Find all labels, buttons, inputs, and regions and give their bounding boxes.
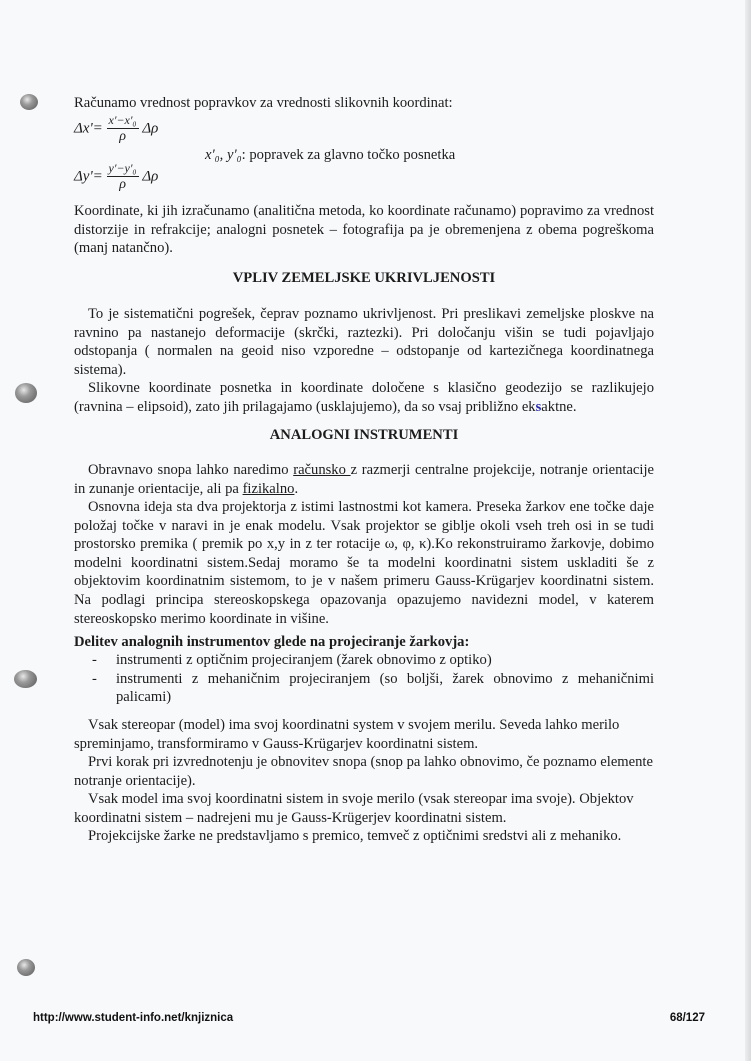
- paragraph-analogni-6: Projekcijske žarke ne predstavljamo s pr…: [74, 827, 654, 846]
- section-title-ukrivljenost: VPLIV ZEMELJSKE UKRIVLJENOSTI: [74, 270, 654, 287]
- intro-text: Računamo vrednost popravkov za vrednosti…: [74, 94, 654, 113]
- paragraph-ukrivljenost-1: To je sistematični pogrešek, čeprav pozn…: [74, 305, 654, 379]
- punch-hole-1: [20, 94, 38, 110]
- punch-hole-3: [14, 670, 37, 688]
- formula-dx-numerator: x'−x'₀: [107, 113, 139, 129]
- paragraph-analogni-5: Vsak model ima svoj koordinatni sistem i…: [74, 790, 654, 827]
- paragraph-koordinate: Koordinate, ki jih izračunamo (analitičn…: [74, 202, 654, 258]
- formula-dy-rhs: Δρ: [142, 168, 158, 184]
- dash-bullet-icon: -: [92, 670, 97, 689]
- formula-dx-rhs: Δρ: [142, 120, 158, 136]
- division-title: Delitev analognih instrumentov glede na …: [74, 633, 654, 652]
- formula-note-text: : popravek za glavno točko posnetka: [242, 147, 456, 163]
- formula-note: x'₀, y'₀: popravek za glavno točko posne…: [205, 147, 455, 164]
- paragraph-text: aktne.: [541, 399, 576, 415]
- formula-dy-fraction: y'−y'₀ ρ: [107, 161, 139, 193]
- section-title-analogni: ANALOGNI INSTRUMENTI: [74, 427, 654, 444]
- formula-dx: Δx'= x'−x'₀ ρ Δρ: [74, 113, 158, 145]
- formula-dx-fraction: x'−x'₀ ρ: [107, 113, 139, 145]
- underlined-fizikalno: fizikalno: [243, 481, 295, 497]
- underlined-racunsko: računsko: [293, 462, 350, 478]
- paragraph-text: .: [294, 481, 298, 497]
- punch-hole-4: [17, 959, 35, 976]
- paragraph-analogni-4: Prvi korak pri izvrednotenju je obnovite…: [74, 753, 654, 790]
- paragraph-analogni-1: Obravnavo snopa lahko naredimo računsko …: [74, 461, 654, 498]
- page-number: 68/127: [670, 1012, 705, 1024]
- list-item-text: instrumenti z optičnim projeciranjem (ža…: [116, 652, 492, 668]
- list-item-text: instrumenti z mehaničnim projeciranjem (…: [116, 671, 654, 706]
- punch-hole-2: [15, 383, 37, 403]
- list-item: - instrumenti z optičnim projeciranjem (…: [92, 651, 654, 670]
- formula-dx-lhs: Δx'=: [74, 120, 103, 136]
- paragraph-ukrivljenost-2: Slikovne koordinate posnetka in koordina…: [74, 379, 654, 416]
- footer-url: http://www.student-info.net/knjiznica: [33, 1012, 233, 1024]
- formula-dy-lhs: Δy'=: [74, 168, 103, 184]
- list-item: - instrumenti z mehaničnim projeciranjem…: [92, 670, 654, 707]
- paragraph-analogni-2: Osnovna ideja sta dva projektorja z isti…: [74, 498, 654, 628]
- formula-dx-denominator: ρ: [107, 129, 139, 145]
- formula-dy-numerator: y'−y'₀: [107, 161, 139, 177]
- dash-bullet-icon: -: [92, 651, 97, 670]
- paragraph-text: Obravnavo snopa lahko naredimo: [88, 462, 293, 478]
- page-footer: http://www.student-info.net/knjiznica 68…: [33, 1012, 705, 1024]
- formula-note-symbols: x'₀, y'₀: [205, 147, 242, 163]
- division-list: - instrumenti z optičnim projeciranjem (…: [92, 651, 654, 707]
- page-edge: [745, 0, 751, 1061]
- formula-dy-denominator: ρ: [107, 177, 139, 193]
- formula-dy: Δy'= y'−y'₀ ρ Δρ: [74, 161, 158, 193]
- paragraph-analogni-3: Vsak stereopar (model) ima svoj koordina…: [74, 716, 654, 753]
